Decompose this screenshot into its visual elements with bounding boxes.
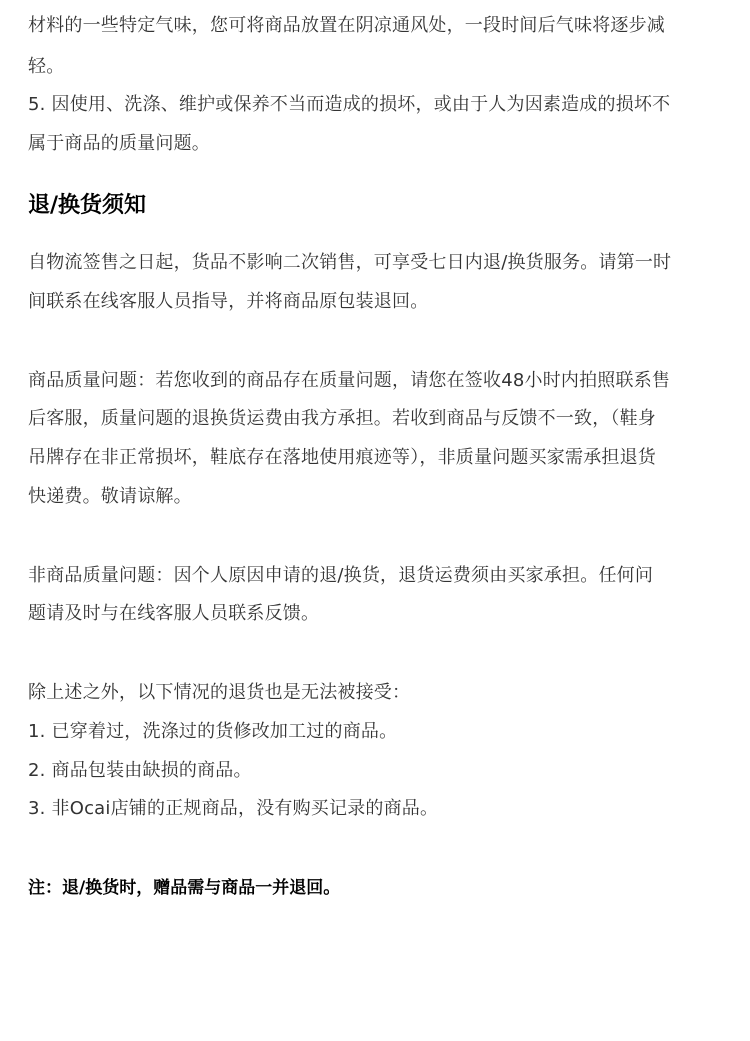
exclusions-intro: 除上述之外，以下情况的退货也是无法被接受：: [28, 681, 410, 705]
quality-paragraph-line-2: 后客服，质量问题的退换货运费由我方承担。若收到商品与反馈不一致，（鞋身: [28, 407, 656, 431]
quality-paragraph-line-3: 吊牌存在非正常损坏，鞋底存在落地使用痕迹等），非质量问题买家需承担退货: [28, 446, 656, 470]
exclusion-item-2: 2. 商品包装由缺损的商品。: [28, 759, 252, 783]
item-5-line-1: 5. 因使用、洗涤、维护或保养不当而造成的损坏，或由于人为因素造成的损坏不: [28, 93, 670, 117]
non-quality-paragraph-line-1: 非商品质量问题：因个人原因申请的退/换货，退货运费须由买家承担。任何问: [28, 564, 653, 588]
quality-paragraph-line-4: 快递费。敬请谅解。: [28, 485, 192, 509]
quality-paragraph-line-1: 商品质量问题：若您收到的商品存在质量问题，请您在签收48小时内拍照联系售: [28, 369, 670, 393]
section-title: 退/换货须知: [28, 192, 146, 220]
item-5-line-2: 属于商品的质量问题。: [28, 132, 210, 156]
exclusion-item-3: 3. 非Ocai店铺的正规商品，没有购买记录的商品。: [28, 797, 438, 821]
gift-return-note: 注：退/换货时，赠品需与商品一并退回。: [28, 876, 340, 900]
service-paragraph-line-1: 自物流签售之日起，货品不影响二次销售，可享受七日内退/换货服务。请第一时: [28, 251, 671, 275]
exclusion-item-1: 1. 已穿着过，洗涤过的货修改加工过的商品。: [28, 720, 397, 744]
intro-continued-line-1: 材料的一些特定气味，您可将商品放置在阴凉通风处，一段时间后气味将逐步减: [28, 14, 665, 38]
service-paragraph-line-2: 间联系在线客服人员指导，并将商品原包装退回。: [28, 290, 428, 314]
non-quality-paragraph-line-2: 题请及时与在线客服人员联系反馈。: [28, 602, 319, 626]
intro-continued-line-2: 轻。: [28, 55, 64, 79]
